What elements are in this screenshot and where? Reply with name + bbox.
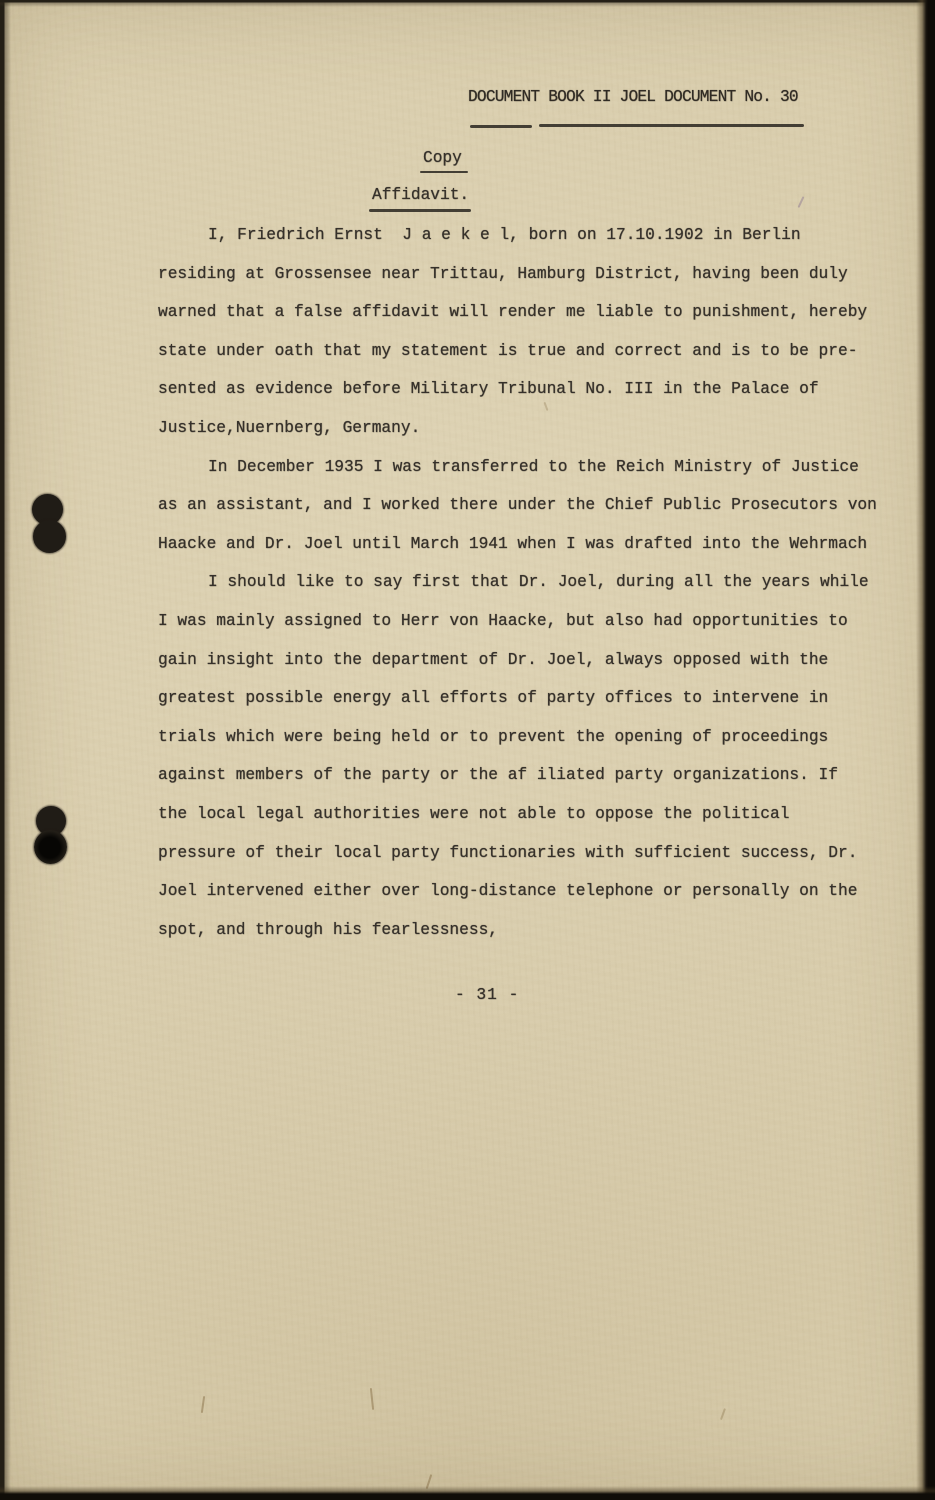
header-underline-segment-1 [470, 125, 532, 128]
paper-scratch [370, 1388, 374, 1410]
document-header: DOCUMENT BOOK II JOEL DOCUMENT No. 30 [468, 88, 798, 106]
paper-scratch [798, 196, 804, 208]
text-line: Joel intervened either over long-distanc… [158, 872, 903, 911]
punch-hole-ink-top [30, 493, 68, 555]
text-line: I was mainly assigned to Herr von Haacke… [158, 602, 903, 641]
text-line: pressure of their local party functionar… [158, 834, 903, 873]
text-line: sented as evidence before Military Tribu… [158, 370, 903, 409]
punch-hole-ink-bottom [34, 806, 70, 866]
scan-edge-top [0, 0, 935, 7]
text-line: Justice,Nuernberg, Germany. [158, 409, 903, 448]
text-line: gain insight into the department of Dr. … [158, 641, 903, 680]
copy-underline [420, 171, 468, 173]
copy-label: Copy [423, 149, 462, 167]
text-line: as an assistant, and I worked there unde… [158, 486, 903, 525]
affidavit-body: I, Friedrich Ernst J a e k e l, born on … [158, 216, 903, 949]
affidavit-title: Affidavit. [372, 186, 469, 204]
text-line: warned that a false affidavit will rende… [158, 293, 903, 332]
text-line: In December 1935 I was transferred to th… [158, 448, 903, 487]
scanned-document-page: DOCUMENT BOOK II JOEL DOCUMENT No. 30 Co… [0, 0, 935, 1500]
text-line: against members of the party or the af i… [158, 756, 903, 795]
scan-edge-bottom [0, 1486, 935, 1500]
text-line: greatest possible energy all efforts of … [158, 679, 903, 718]
header-underline-segment-2 [539, 124, 804, 127]
text-line: I should like to say first that Dr. Joel… [158, 563, 903, 602]
punch-hole-blob [34, 830, 67, 864]
text-line: residing at Grossensee near Trittau, Ham… [158, 255, 903, 294]
text-line: spot, and through his fearlessness, [158, 911, 903, 950]
affidavit-title-underline [369, 209, 471, 212]
scan-edge-right [916, 0, 935, 1500]
paper-scratch [201, 1396, 205, 1413]
page-number: - 31 - [455, 986, 519, 1004]
text-line: the local legal authorities were not abl… [158, 795, 903, 834]
punch-hole-blob [33, 520, 66, 553]
scan-edge-left [0, 0, 11, 1500]
text-line: state under oath that my statement is tr… [158, 332, 903, 371]
text-line: I, Friedrich Ernst J a e k e l, born on … [158, 216, 903, 255]
paper-scratch [720, 1408, 726, 1420]
text-line: Haacke and Dr. Joel until March 1941 whe… [158, 525, 903, 564]
text-line: trials which were being held or to preve… [158, 718, 903, 757]
